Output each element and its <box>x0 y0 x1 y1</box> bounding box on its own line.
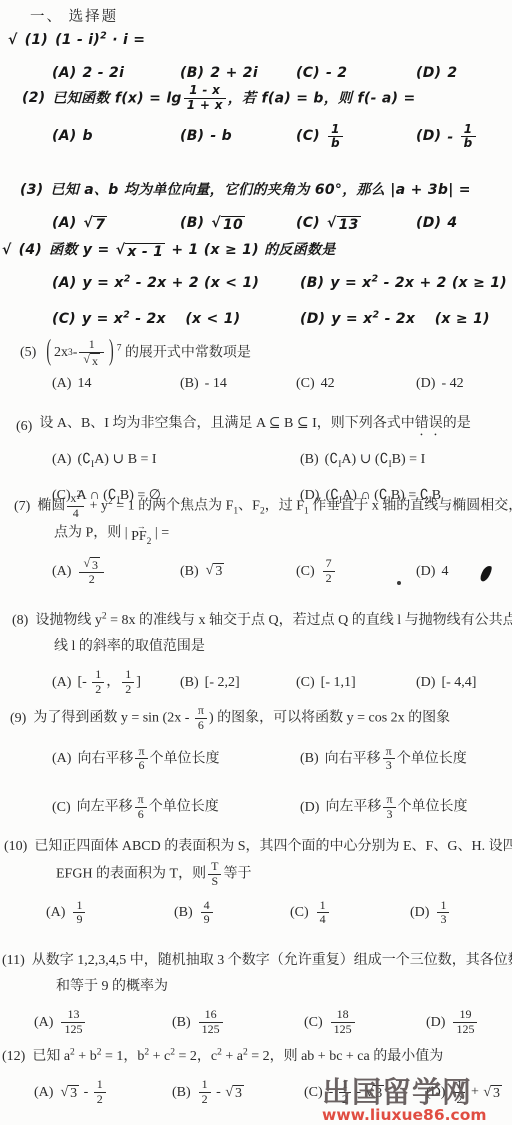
option-text: 72 <box>321 557 337 586</box>
option-A: (A)13125 <box>34 1008 172 1037</box>
option-label: (A) <box>52 375 71 393</box>
option-label: (B) <box>180 375 199 393</box>
option-C: (C)1b <box>296 123 416 152</box>
option-text: 4 <box>447 215 457 233</box>
option-A: (A)2 - 2i <box>52 62 180 86</box>
option-A: (A)√3 - 12 <box>34 1078 172 1107</box>
option-label: (D) <box>416 65 441 83</box>
option-text: √3 <box>205 562 226 581</box>
option-text: 14 <box>315 899 331 928</box>
option-text: 1b <box>326 123 345 152</box>
option-D: (D)y = x2 - 2x (x ≥ 1) <box>300 308 512 332</box>
option-text: y = x2 - 2x (x ≥ 1) <box>331 311 490 329</box>
option-A: (A)14 <box>52 372 180 396</box>
question-number: (1) <box>25 32 48 50</box>
question-stem-text: 和等于 9 的概率为 <box>56 978 168 996</box>
option-D: (D)4 <box>416 212 512 236</box>
option-group: (A)2 - 2i(B)2 + 2i(C)- 2(D)2 <box>52 62 512 86</box>
option-text: 19125 <box>451 1008 479 1037</box>
question-stem-line: (2)已知函数 f(x) = lg1 - x1 + x，若 f(a) = b，则… <box>0 84 512 113</box>
option-group: (A)y = x2 - 2x + 2 (x < 1)(B)y = x2 - 2x… <box>52 272 512 332</box>
option-label: (C) <box>296 563 315 581</box>
option-B: (B)√3 <box>180 560 296 584</box>
option-label: (D) <box>416 128 441 146</box>
option-text: 4 <box>441 563 448 581</box>
question-stem-line: 点为 P，则 | →PF2 | = <box>0 521 512 547</box>
option-text: b <box>83 128 93 146</box>
question-number: (2) <box>22 90 45 108</box>
question-stem-text: (1 - i)2 · i = <box>55 32 145 50</box>
option-C: (C)向左平移π6个单位长度 <box>52 793 300 822</box>
option-C: (C)42 <box>296 372 416 396</box>
question-stem-text: 点为 P，则 | →PF2 | = <box>54 523 169 543</box>
option-D: (D)19125 <box>426 1008 512 1037</box>
option-label: (C) <box>290 904 309 922</box>
option-text: (∁IA) ∪ B = I <box>77 451 156 469</box>
option-label: (C) <box>296 128 320 146</box>
option-D: (D)[- 4,4] <box>416 670 512 694</box>
option-label: (B) <box>174 904 193 922</box>
option-label: (D) <box>300 311 325 329</box>
option-label: (C) <box>296 674 315 692</box>
option-label: (A) <box>46 904 65 922</box>
option-A: (A)向右平移π6个单位长度 <box>52 745 300 774</box>
question-4: √(4)函数 y = √x - 1 + 1 (x ≥ 1) 的反函数是(A)y … <box>0 238 512 332</box>
option-text: - 42 <box>441 375 463 393</box>
option-label: (C) <box>304 1014 323 1032</box>
option-label: (C) <box>296 215 320 233</box>
option-text: 向左平移π3个单位长度 <box>325 793 467 822</box>
question-stem-text: 已知正四面体 ABCD 的表面积为 S，其四个面的中心分别为 E、F、G、H. … <box>34 838 512 856</box>
option-label: (A) <box>52 65 77 83</box>
question-stem-text: 从数字 1,2,3,4,5 中，随机抽取 3 个数字（允许重复）组成一个三位数，… <box>32 952 512 970</box>
question-stem-text: 设 A、B、I 均为非空集合，且满足 A ⊆ B ⊆ I，则下列各式中错误的是 <box>39 415 470 439</box>
option-group: (A)b(B)- b(C)1b(D)- 1b <box>52 123 512 152</box>
option-text: 2 <box>447 65 457 83</box>
option-label: (A) <box>52 451 71 469</box>
question-stem-line: (12)已知 a2 + b2 = 1，b2 + c2 = 2，c2 + a2 =… <box>0 1044 512 1070</box>
question-stem-line: (10)已知正四面体 ABCD 的表面积为 S，其四个面的中心分别为 E、F、G… <box>0 834 512 860</box>
option-C: (C)- 2 <box>296 62 416 86</box>
option-group: (A)13125(B)16125(C)18125(D)19125 <box>34 1008 512 1037</box>
option-text: √3 - 12 <box>59 1078 107 1107</box>
option-label: (A) <box>34 1014 53 1032</box>
option-A: (A)(∁IA) ∪ B = I <box>52 448 300 472</box>
question-stem-line: EFGH 的表面积为 T，则TS等于 <box>0 860 512 889</box>
question-number: (10) <box>4 838 27 856</box>
option-text: 13125 <box>59 1008 87 1037</box>
option-label: (D) <box>300 799 319 817</box>
option-label: (A) <box>34 1084 53 1102</box>
option-A: (A)√7 <box>52 212 180 236</box>
option-text: 14 <box>77 375 91 393</box>
option-label: (B) <box>172 1084 191 1102</box>
exam-scan-page: 一、 选择题 √(1)(1 - i)2 · i =(A)2 - 2i(B)2 +… <box>0 0 512 1125</box>
option-text: y = x2 - 2x + 2 (x ≥ 1) <box>330 275 507 293</box>
option-C: (C)[- 1,1] <box>296 670 416 694</box>
option-text: 向右平移π3个单位长度 <box>325 745 467 774</box>
option-label: (C) <box>52 799 71 817</box>
question-stem-line: (11)从数字 1,2,3,4,5 中，随机抽取 3 个数字（允许重复）组成一个… <box>0 948 512 974</box>
option-label: (D) <box>416 375 435 393</box>
option-label: (B) <box>180 563 199 581</box>
question-stem-line: (3)已知 a、b 均为单位向量，它们的夹角为 60°，那么 |a + 3b| … <box>0 178 512 204</box>
option-label: (C) <box>304 1084 323 1102</box>
option-label: (C) <box>296 375 315 393</box>
option-label: (B) <box>300 275 324 293</box>
option-label: (A) <box>52 563 71 581</box>
watermark: 出国留学网 www.liuxue86.com <box>322 1078 487 1124</box>
question-stem-line: (7)椭圆x24 + y2 = 1 的两个焦点为 F1、F2，过 F1 作垂直于… <box>0 492 512 521</box>
question-stem-text: EFGH 的表面积为 T，则TS等于 <box>56 860 251 889</box>
option-B: (B)- b <box>180 125 296 149</box>
option-B: (B)49 <box>174 899 290 928</box>
option-D: (D)- 1b <box>416 123 512 152</box>
option-C: (C)14 <box>290 899 410 928</box>
question-stem-line: √(1)(1 - i)2 · i = <box>0 28 512 54</box>
option-D: (D)向左平移π3个单位长度 <box>300 793 512 822</box>
option-B: (B)√10 <box>180 212 296 236</box>
checkmark-annotation: √ <box>8 32 18 50</box>
question-number: (8) <box>12 612 28 630</box>
watermark-site-name: 出国留学网 <box>322 1078 487 1107</box>
option-label: (D) <box>416 674 435 692</box>
question-stem-text: 线 l 的斜率的取值范围是 <box>54 638 205 656</box>
question-2: (2)已知函数 f(x) = lg1 - x1 + x，若 f(a) = b，则… <box>0 84 512 151</box>
option-label: (A) <box>52 275 77 293</box>
option-text: √32 <box>77 557 106 587</box>
option-text: √13 <box>326 215 362 234</box>
option-text: 49 <box>199 899 215 928</box>
question-stem-text: 函数 y = √x - 1 + 1 (x ≥ 1) 的反函数是 <box>49 242 336 261</box>
option-group: (A)19(B)49(C)14(D)13 <box>46 899 512 928</box>
option-text: - 14 <box>205 375 227 393</box>
option-label: (D) <box>416 563 435 581</box>
question-stem-text: 已知 a2 + b2 = 1，b2 + c2 = 2，c2 + a2 = 2，则… <box>32 1048 443 1066</box>
option-group: (A)向右平移π6个单位长度(B)向右平移π3个单位长度(C)向左平移π6个单位… <box>52 745 512 822</box>
option-B: (B)[- 2,2] <box>180 670 296 694</box>
option-label: (B) <box>180 674 199 692</box>
question-1: √(1)(1 - i)2 · i =(A)2 - 2i(B)2 + 2i(C)-… <box>0 28 512 86</box>
option-B: (B)y = x2 - 2x + 2 (x ≥ 1) <box>300 272 512 296</box>
option-text: [- 2,2] <box>205 674 240 692</box>
question-stem-line: (5)(2x3 - 1√x)7 的展开式中常数项是 <box>0 338 512 368</box>
option-text: √10 <box>210 215 246 234</box>
option-group: (A)√32(B)√3(C)72(D)4 <box>52 557 512 587</box>
question-number: (3) <box>20 182 43 200</box>
question-number: (11) <box>2 952 25 970</box>
question-8: (8)设抛物线 y2 = 8x 的准线与 x 轴交于点 Q，若过点 Q 的直线 … <box>0 608 512 697</box>
option-group: (A)√7(B)√10(C)√13(D)4 <box>52 212 512 236</box>
option-A: (A)b <box>52 125 180 149</box>
question-stem-line: (8)设抛物线 y2 = 8x 的准线与 x 轴交于点 Q，若过点 Q 的直线 … <box>0 608 512 634</box>
option-B: (B)12 - √3 <box>172 1078 304 1107</box>
option-text: [- 12，12] <box>77 668 141 697</box>
question-stem-text: 椭圆x24 + y2 = 1 的两个焦点为 F1、F2，过 F1 作垂直于 x … <box>37 492 512 521</box>
option-text: √7 <box>83 215 109 234</box>
question-number: (7) <box>14 498 30 516</box>
option-label: (D) <box>416 215 441 233</box>
option-group: (A)[- 12，12](B)[- 2,2](C)[- 1,1](D)[- 4,… <box>52 668 512 697</box>
question-10: (10)已知正四面体 ABCD 的表面积为 S，其四个面的中心分别为 E、F、G… <box>0 834 512 927</box>
question-11: (11)从数字 1,2,3,4,5 中，随机抽取 3 个数字（允许重复）组成一个… <box>0 948 512 1037</box>
option-text: 向右平移π6个单位长度 <box>77 745 219 774</box>
option-D: (D)4 <box>416 560 512 584</box>
option-text: - 2 <box>326 65 347 83</box>
option-group: (A)14(B)- 14(C)42(D)- 42 <box>52 372 512 396</box>
option-label: (B) <box>180 128 204 146</box>
option-label: (C) <box>296 65 320 83</box>
checkmark-annotation: √ <box>2 242 12 260</box>
question-3: (3)已知 a、b 均为单位向量，它们的夹角为 60°，那么 |a + 3b| … <box>0 178 512 236</box>
question-stem-text: 已知函数 f(x) = lg1 - x1 + x，若 f(a) = b，则 f(… <box>52 84 415 113</box>
option-text: 16125 <box>197 1008 225 1037</box>
option-text: 13 <box>435 899 451 928</box>
option-label: (D) <box>410 904 429 922</box>
option-text: 12 - √3 <box>197 1078 245 1107</box>
option-A: (A)y = x2 - 2x + 2 (x < 1) <box>52 272 300 296</box>
section-title: 一、 选择题 <box>30 8 118 26</box>
option-label: (A) <box>52 750 71 768</box>
option-text: 向左平移π6个单位长度 <box>77 793 219 822</box>
option-label: (A) <box>52 674 71 692</box>
question-number: (12) <box>2 1048 25 1066</box>
question-stem-line: √(4)函数 y = √x - 1 + 1 (x ≥ 1) 的反函数是 <box>0 238 512 264</box>
question-stem-text: (2x3 - 1√x)7 的展开式中常数项是 <box>43 338 251 368</box>
question-number: (5) <box>20 344 36 362</box>
option-B: (B)(∁IA) ∪ (∁IB) = I <box>300 448 512 472</box>
option-label: (B) <box>172 1014 191 1032</box>
option-text: y = x2 - 2x (x < 1) <box>82 311 241 329</box>
option-text: [- 1,1] <box>321 674 356 692</box>
option-text: 19 <box>71 899 87 928</box>
option-text: 18125 <box>329 1008 357 1037</box>
question-stem-line: 线 l 的斜率的取值范围是 <box>0 634 512 660</box>
option-D: (D)2 <box>416 62 512 86</box>
option-label: (D) <box>426 1014 445 1032</box>
option-D: (D)- 42 <box>416 372 512 396</box>
question-stem-line: 和等于 9 的概率为 <box>0 974 512 1000</box>
option-label: (B) <box>180 215 204 233</box>
question-number: (4) <box>19 242 42 260</box>
option-D: (D)13 <box>410 899 512 928</box>
option-label: (A) <box>52 215 77 233</box>
option-B: (B)- 14 <box>180 372 296 396</box>
option-C: (C)√13 <box>296 212 416 236</box>
watermark-url: www.liuxue86.com <box>322 1108 487 1124</box>
question-7: (7)椭圆x24 + y2 = 1 的两个焦点为 F1、F2，过 F1 作垂直于… <box>0 492 512 587</box>
question-stem-line: (9)为了得到函数 y = sin (2x - π6) 的图象，可以将函数 y … <box>0 704 512 733</box>
question-stem-text: 已知 a、b 均为单位向量，它们的夹角为 60°，那么 |a + 3b| = <box>50 182 470 200</box>
question-number: (9) <box>10 710 26 728</box>
question-5: (5)(2x3 - 1√x)7 的展开式中常数项是(A)14(B)- 14(C)… <box>0 338 512 396</box>
option-text: (∁IA) ∪ (∁IB) = I <box>325 451 426 469</box>
option-text: 42 <box>321 375 335 393</box>
option-text: y = x2 - 2x + 2 (x < 1) <box>83 275 260 293</box>
option-A: (A)√32 <box>52 557 180 587</box>
option-text: 2 + 2i <box>210 65 258 83</box>
question-stem-text: 为了得到函数 y = sin (2x - π6) 的图象，可以将函数 y = c… <box>33 704 450 733</box>
option-label: (A) <box>52 128 77 146</box>
question-stem-text: 设抛物线 y2 = 8x 的准线与 x 轴交于点 Q，若过点 Q 的直线 l 与… <box>35 612 512 630</box>
option-B: (B)向右平移π3个单位长度 <box>300 745 512 774</box>
question-number: (6) <box>16 418 32 436</box>
option-B: (B)16125 <box>172 1008 304 1037</box>
option-text: - b <box>210 128 232 146</box>
question-stem-line: (6)设 A、B、I 均为非空集合，且满足 A ⊆ B ⊆ I，则下列各式中错误… <box>0 414 512 440</box>
ink-dot-mark <box>397 581 401 585</box>
option-A: (A)19 <box>46 899 174 928</box>
option-label: (B) <box>300 451 319 469</box>
option-text: [- 4,4] <box>441 674 476 692</box>
option-label: (B) <box>300 750 319 768</box>
option-label: (C) <box>52 311 76 329</box>
option-A: (A)[- 12，12] <box>52 668 180 697</box>
option-C: (C)18125 <box>304 1008 426 1037</box>
question-9: (9)为了得到函数 y = sin (2x - π6) 的图象，可以将函数 y … <box>0 704 512 822</box>
option-text: - 1b <box>447 123 477 152</box>
option-text: 2 - 2i <box>83 65 125 83</box>
option-label: (B) <box>180 65 204 83</box>
option-C: (C)y = x2 - 2x (x < 1) <box>52 308 300 332</box>
